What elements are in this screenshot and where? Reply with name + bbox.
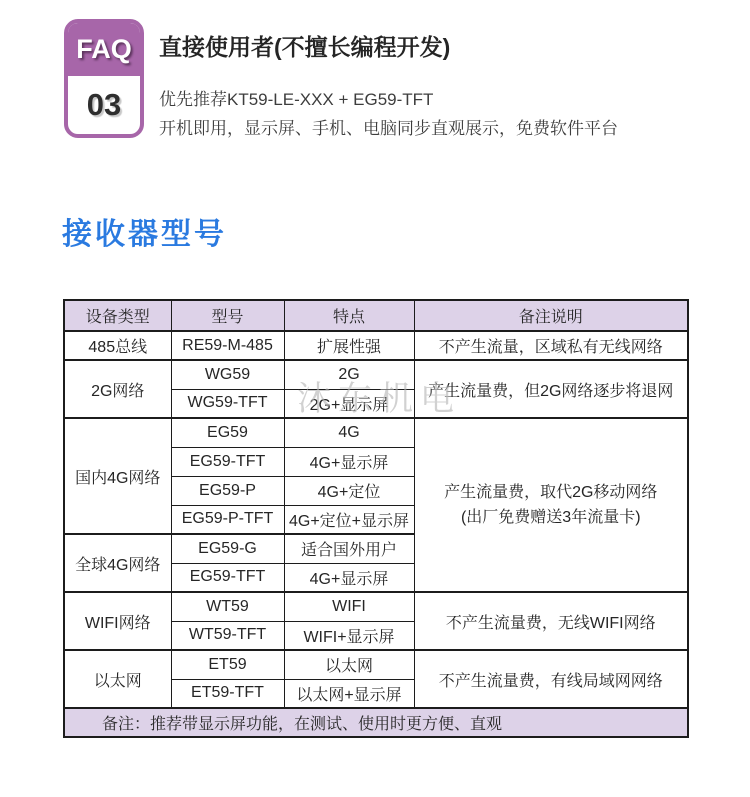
faq-badge-number: 03 xyxy=(87,87,121,123)
header-note: 备注说明 xyxy=(414,300,688,331)
device-type-cell: WIFI网络 xyxy=(64,592,171,650)
receiver-model-table-wrap: 设备类型 型号 特点 备注说明 485总线 RE59-M-485 扩展性强 不产… xyxy=(63,299,687,738)
header-device-type: 设备类型 xyxy=(64,300,171,331)
table-footer-row: 备注：推荐带显示屏功能，在测试、使用时更方便、直观 xyxy=(64,708,688,737)
feature-cell: 4G+定位 xyxy=(284,476,414,505)
model-cell: EG59-TFT xyxy=(171,563,284,592)
model-cell: WG59 xyxy=(171,360,284,389)
model-cell: EG59-TFT xyxy=(171,447,284,476)
device-type-cell: 485总线 xyxy=(64,331,171,360)
feature-cell: 4G+显示屏 xyxy=(284,447,414,476)
feature-cell: 4G xyxy=(284,418,414,447)
feature-cell: WIFI+显示屏 xyxy=(284,621,414,650)
faq-badge-label: FAQ xyxy=(76,34,132,65)
feature-cell: 以太网+显示屏 xyxy=(284,679,414,708)
faq-badge-top: FAQ xyxy=(68,23,140,76)
faq-badge: FAQ 03 xyxy=(64,19,144,138)
feature-cell: WIFI xyxy=(284,592,414,621)
table-row: 2G网络 WG59 2G 产生流量费，但2G网络逐步将退网 xyxy=(64,360,688,389)
faq-badge-bottom: 03 xyxy=(68,76,140,134)
feature-cell: 4G+定位+显示屏 xyxy=(284,505,414,534)
model-cell: ET59-TFT xyxy=(171,679,284,708)
model-cell: ET59 xyxy=(171,650,284,679)
note-line-2: (出厂免费赠送3年流量卡) xyxy=(417,505,686,530)
note-cell: 不产生流量费，无线WIFI网络 xyxy=(414,592,688,650)
feature-cell: 2G+显示屏 xyxy=(284,389,414,418)
subtitle-line-2: 开机即用，显示屏、手机、电脑同步直观展示，免费软件平台 xyxy=(159,114,618,143)
model-cell: EG59 xyxy=(171,418,284,447)
model-cell: WT59-TFT xyxy=(171,621,284,650)
device-type-cell: 2G网络 xyxy=(64,360,171,418)
feature-cell: 以太网 xyxy=(284,650,414,679)
note-cell: 不产生流量费，有线局域网网络 xyxy=(414,650,688,708)
subtitle-line-1: 优先推荐KT59-LE-XXX + EG59-TFT xyxy=(159,85,618,114)
table-header-row: 设备类型 型号 特点 备注说明 xyxy=(64,300,688,331)
model-cell: EG59-P-TFT xyxy=(171,505,284,534)
device-type-cell: 以太网 xyxy=(64,650,171,708)
model-cell: RE59-M-485 xyxy=(171,331,284,360)
note-cell: 产生流量费，但2G网络逐步将退网 xyxy=(414,360,688,418)
table-footer-note: 备注：推荐带显示屏功能，在测试、使用时更方便、直观 xyxy=(64,708,688,737)
note-line-1: 产生流量费，取代2G移动网络 xyxy=(417,480,686,505)
model-cell: EG59-P xyxy=(171,476,284,505)
device-type-cell: 国内4G网络 xyxy=(64,418,171,534)
page-title: 直接使用者(不擅长编程开发) xyxy=(159,29,450,62)
feature-cell: 扩展性强 xyxy=(284,331,414,360)
device-type-cell: 全球4G网络 xyxy=(64,534,171,592)
header-model: 型号 xyxy=(171,300,284,331)
page: FAQ 03 直接使用者(不擅长编程开发) 优先推荐KT59-LE-XXX + … xyxy=(0,0,750,797)
feature-cell: 4G+显示屏 xyxy=(284,563,414,592)
model-cell: WT59 xyxy=(171,592,284,621)
feature-cell: 2G xyxy=(284,360,414,389)
note-cell: 不产生流量，区域私有无线网络 xyxy=(414,331,688,360)
model-cell: EG59-G xyxy=(171,534,284,563)
table-row: 485总线 RE59-M-485 扩展性强 不产生流量，区域私有无线网络 xyxy=(64,331,688,360)
header-subtitle: 优先推荐KT59-LE-XXX + EG59-TFT 开机即用，显示屏、手机、电… xyxy=(159,85,618,143)
feature-cell: 适合国外用户 xyxy=(284,534,414,563)
model-cell: WG59-TFT xyxy=(171,389,284,418)
table-row: WIFI网络 WT59 WIFI 不产生流量费，无线WIFI网络 xyxy=(64,592,688,621)
section-title: 接收器型号 xyxy=(62,209,227,253)
note-cell: 产生流量费，取代2G移动网络 (出厂免费赠送3年流量卡) xyxy=(414,418,688,592)
header-feature: 特点 xyxy=(284,300,414,331)
receiver-model-table: 设备类型 型号 特点 备注说明 485总线 RE59-M-485 扩展性强 不产… xyxy=(63,299,689,738)
table-row: 以太网 ET59 以太网 不产生流量费，有线局域网网络 xyxy=(64,650,688,679)
table-row: 国内4G网络 EG59 4G 产生流量费，取代2G移动网络 (出厂免费赠送3年流… xyxy=(64,418,688,447)
